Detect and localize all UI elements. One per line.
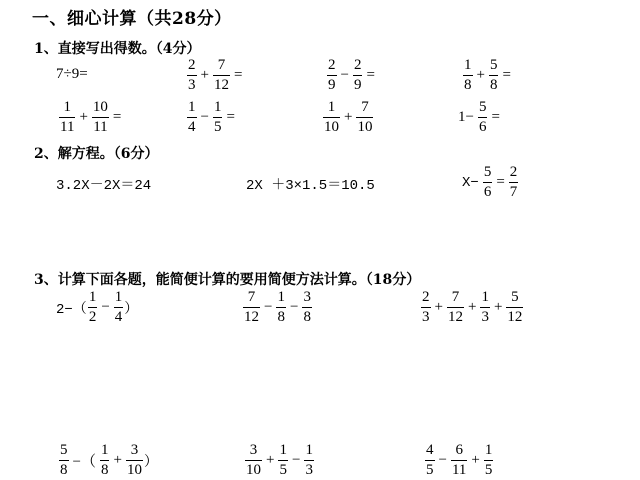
- problem-3-2: 712 − 18 − 38: [242, 290, 313, 325]
- part2-title: 2、解方程。（6分）: [34, 143, 158, 163]
- problem-1-3: 29 − 29 =: [326, 58, 378, 93]
- part1-title: 1、直接写出得数。（4分）: [34, 38, 200, 58]
- fraction: 38: [302, 290, 312, 325]
- expression-text: 7÷9=: [56, 66, 88, 83]
- fraction: 15: [278, 443, 288, 478]
- problem-1-5: 111 + 1011 =: [58, 100, 124, 135]
- fraction: 18: [276, 290, 286, 325]
- fraction: 710: [356, 100, 373, 135]
- fraction: 56: [483, 165, 493, 200]
- fraction: 58: [59, 443, 69, 478]
- fraction: 712: [213, 58, 230, 93]
- problem-3-4: 58 −（ 18 + 310 ）: [58, 443, 158, 478]
- fraction: 56: [478, 100, 488, 135]
- fraction: 310: [245, 443, 262, 478]
- fraction: 14: [187, 100, 197, 135]
- problem-1-4: 18 + 58 =: [462, 58, 514, 93]
- problem-1-7: 110 + 710: [322, 100, 374, 135]
- problem-3-6: 45 − 611 + 15: [424, 443, 494, 478]
- problem-3-1: 2−（ 12 − 14 ）: [56, 290, 138, 325]
- fraction: 18: [100, 443, 110, 478]
- fraction: 110: [323, 100, 340, 135]
- fraction: 13: [480, 290, 490, 325]
- problem-3-3: 23 + 712 + 13 + 512: [420, 290, 524, 325]
- fraction: 45: [425, 443, 435, 478]
- equation-1: 3.2X－2X＝24: [56, 174, 151, 194]
- fraction: 13: [304, 443, 314, 478]
- part3-title: 3、计算下面各题，能简便计算的要用简便方法计算。（18分）: [34, 269, 420, 289]
- fraction: 1011: [92, 100, 109, 135]
- fraction: 14: [114, 290, 124, 325]
- fraction: 310: [126, 443, 143, 478]
- fraction: 12: [88, 290, 98, 325]
- problem-1-8: 1− 56 =: [458, 100, 503, 135]
- fraction: 29: [327, 58, 337, 93]
- problem-1-6: 14 − 15 =: [186, 100, 238, 135]
- section-title: 一、细心计算（共28分）: [32, 4, 232, 29]
- fraction: 712: [447, 290, 464, 325]
- fraction: 27: [509, 165, 519, 200]
- fraction: 111: [59, 100, 75, 135]
- equation-2: 2X ＋3×1.5＝10.5: [246, 174, 375, 194]
- equation-3: X− 56 = 27: [462, 165, 519, 200]
- fraction: 15: [484, 443, 494, 478]
- fraction: 23: [187, 58, 197, 93]
- problem-3-5: 310 + 15 − 13: [244, 443, 315, 478]
- fraction: 611: [451, 443, 467, 478]
- fraction: 58: [489, 58, 499, 93]
- fraction: 23: [421, 290, 431, 325]
- problem-1-2: 23 + 712 =: [186, 58, 245, 93]
- fraction: 512: [506, 290, 523, 325]
- fraction: 712: [243, 290, 260, 325]
- fraction: 15: [213, 100, 223, 135]
- problem-1-1: 7÷9=: [56, 66, 88, 83]
- fraction: 29: [353, 58, 363, 93]
- fraction: 18: [463, 58, 473, 93]
